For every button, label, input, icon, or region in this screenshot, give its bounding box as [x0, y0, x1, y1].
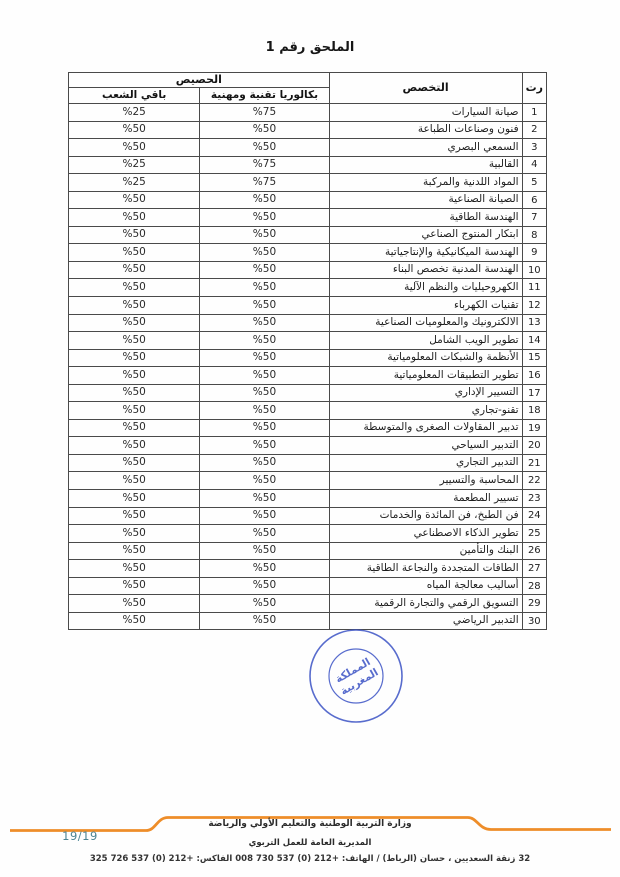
row-specialty: التدبير الرياضي	[329, 612, 522, 630]
table-row: 14 تطوير الويب الشامل %50 %50	[69, 332, 547, 350]
row-specialty: الهندسة الميكانيكية والإنتاجياتية	[329, 244, 522, 262]
table-row: 27 الطاقات المتجددة والنجاعة الطاقية %50…	[69, 560, 547, 578]
row-bac-tech-quota: %50	[200, 577, 329, 595]
row-specialty: المواد اللدنية والمركبة	[329, 174, 522, 192]
row-rank: 12	[522, 297, 546, 315]
row-rank: 15	[522, 349, 546, 367]
table-row: 10 الهندسة المدنية تخصص البناء %50 %50	[69, 261, 547, 279]
row-rank: 24	[522, 507, 546, 525]
row-specialty: التدبير السياحي	[329, 437, 522, 455]
row-other-branches-quota: %50	[69, 314, 200, 332]
row-other-branches-quota: %50	[69, 560, 200, 578]
row-specialty: السمعي البصري	[329, 139, 522, 157]
row-bac-tech-quota: %50	[200, 560, 329, 578]
row-bac-tech-quota: %50	[200, 402, 329, 420]
row-other-branches-quota: %50	[69, 384, 200, 402]
row-bac-tech-quota: %50	[200, 595, 329, 613]
table-row: 19 تدبير المقاولات الصغرى والمتوسطة %50 …	[69, 419, 547, 437]
row-other-branches-quota: %50	[69, 419, 200, 437]
row-specialty: الصيانة الصناعية	[329, 191, 522, 209]
row-rank: 4	[522, 156, 546, 174]
row-rank: 5	[522, 174, 546, 192]
row-specialty: ابتكار المنتوج الصناعي	[329, 226, 522, 244]
row-specialty: الهندسة الطاقية	[329, 209, 522, 227]
svg-text:المملكة: المملكة	[333, 656, 372, 686]
row-bac-tech-quota: %50	[200, 419, 329, 437]
row-bac-tech-quota: %50	[200, 542, 329, 560]
row-other-branches-quota: %50	[69, 490, 200, 508]
row-specialty: تطوير الويب الشامل	[329, 332, 522, 350]
row-other-branches-quota: %50	[69, 139, 200, 157]
row-rank: 11	[522, 279, 546, 297]
table-row: 8 ابتكار المنتوج الصناعي %50 %50	[69, 226, 547, 244]
table-row: 9 الهندسة الميكانيكية والإنتاجياتية %50 …	[69, 244, 547, 262]
row-other-branches-quota: %50	[69, 612, 200, 630]
table-row: 25 تطوير الذكاء الاصطناعي %50 %50	[69, 525, 547, 543]
row-other-branches-quota: %25	[69, 156, 200, 174]
row-other-branches-quota: %50	[69, 191, 200, 209]
row-rank: 1	[522, 104, 546, 122]
table-row: 4 القالبية %75 %25	[69, 156, 547, 174]
row-other-branches-quota: %50	[69, 332, 200, 350]
row-other-branches-quota: %50	[69, 542, 200, 560]
table-header: رت التخصص الحصيص بكالوريا تقنية ومهنية ب…	[69, 73, 547, 104]
row-bac-tech-quota: %50	[200, 367, 329, 385]
row-other-branches-quota: %50	[69, 244, 200, 262]
row-rank: 3	[522, 139, 546, 157]
row-rank: 16	[522, 367, 546, 385]
row-rank: 23	[522, 490, 546, 508]
row-bac-tech-quota: %75	[200, 174, 329, 192]
row-specialty: فن الطبخ، فن المائدة والخدمات	[329, 507, 522, 525]
table-body: 1 صيانة السيارات %75 %25 2 فنون وصناعات …	[69, 104, 547, 630]
table-row: 30 التدبير الرياضي %50 %50	[69, 612, 547, 630]
table-row: 23 تسيير المطعمة %50 %50	[69, 490, 547, 508]
row-other-branches-quota: %50	[69, 209, 200, 227]
row-other-branches-quota: %50	[69, 261, 200, 279]
row-rank: 18	[522, 402, 546, 420]
row-rank: 26	[522, 542, 546, 560]
row-specialty: الأنظمة والشبكات المعلومياتية	[329, 349, 522, 367]
row-other-branches-quota: %50	[69, 349, 200, 367]
row-bac-tech-quota: %75	[200, 104, 329, 122]
row-specialty: تسيير المطعمة	[329, 490, 522, 508]
row-specialty: الهندسة المدنية تخصص البناء	[329, 261, 522, 279]
row-bac-tech-quota: %50	[200, 437, 329, 455]
row-specialty: فنون وصناعات الطباعة	[329, 121, 522, 139]
table-row: 16 تطوير التطبيقات المعلومياتية %50 %50	[69, 367, 547, 385]
document-page: الملحق رقم 1 رت التخصص الحصيص بكالوريا ت…	[0, 0, 620, 877]
row-bac-tech-quota: %50	[200, 314, 329, 332]
table-row: 17 التسيير الإداري %50 %50	[69, 384, 547, 402]
table-row: 6 الصيانة الصناعية %50 %50	[69, 191, 547, 209]
table-row: 1 صيانة السيارات %75 %25	[69, 104, 547, 122]
row-specialty: القالبية	[329, 156, 522, 174]
row-other-branches-quota: %50	[69, 297, 200, 315]
row-bac-tech-quota: %50	[200, 297, 329, 315]
row-rank: 9	[522, 244, 546, 262]
row-bac-tech-quota: %50	[200, 349, 329, 367]
row-other-branches-quota: %50	[69, 121, 200, 139]
row-other-branches-quota: %50	[69, 402, 200, 420]
row-bac-tech-quota: %50	[200, 490, 329, 508]
page-title: الملحق رقم 1	[0, 40, 620, 55]
row-specialty: تطوير الذكاء الاصطناعي	[329, 525, 522, 543]
row-rank: 25	[522, 525, 546, 543]
row-bac-tech-quota: %50	[200, 612, 329, 630]
col-header-quota: الحصيص	[69, 73, 330, 88]
row-other-branches-quota: %50	[69, 226, 200, 244]
annex-table: رت التخصص الحصيص بكالوريا تقنية ومهنية ب…	[68, 72, 547, 630]
row-rank: 19	[522, 419, 546, 437]
footer-ministry-name: وزارة التربية الوطنية والتعليم الأولي وا…	[0, 819, 620, 829]
table-row: 22 المحاسبة والتسيير %50 %50	[69, 472, 547, 490]
row-rank: 10	[522, 261, 546, 279]
stamp-outer-circle	[310, 630, 402, 722]
row-other-branches-quota: %50	[69, 454, 200, 472]
row-bac-tech-quota: %50	[200, 507, 329, 525]
row-bac-tech-quota: %50	[200, 384, 329, 402]
row-rank: 14	[522, 332, 546, 350]
row-bac-tech-quota: %50	[200, 191, 329, 209]
row-bac-tech-quota: %50	[200, 139, 329, 157]
col-header-other-branches: باقي الشعب	[69, 88, 200, 104]
footer-directorate-name: المديرية العامة للعمل التربوي	[0, 838, 620, 848]
row-other-branches-quota: %50	[69, 595, 200, 613]
table-row: 12 تقنيات الكهرباء %50 %50	[69, 297, 547, 315]
row-bac-tech-quota: %50	[200, 209, 329, 227]
row-bac-tech-quota: %50	[200, 261, 329, 279]
table-row: 24 فن الطبخ، فن المائدة والخدمات %50 %50	[69, 507, 547, 525]
row-other-branches-quota: %50	[69, 525, 200, 543]
table-row: 7 الهندسة الطاقية %50 %50	[69, 209, 547, 227]
row-other-branches-quota: %50	[69, 279, 200, 297]
row-rank: 17	[522, 384, 546, 402]
table-row: 2 فنون وصناعات الطباعة %50 %50	[69, 121, 547, 139]
row-bac-tech-quota: %50	[200, 279, 329, 297]
stamp-center-text: المملكة المغربية	[332, 655, 381, 697]
row-rank: 21	[522, 454, 546, 472]
table-row: 11 الكهروحيليات والنظم الآلية %50 %50	[69, 279, 547, 297]
row-other-branches-quota: %50	[69, 577, 200, 595]
row-rank: 2	[522, 121, 546, 139]
col-header-rank: رت	[522, 73, 546, 104]
row-rank: 22	[522, 472, 546, 490]
footer-address-line: 32 زنقة السعديين ، حسان (الرباط) / الهات…	[0, 854, 620, 864]
row-bac-tech-quota: %50	[200, 454, 329, 472]
row-specialty: صيانة السيارات	[329, 104, 522, 122]
row-specialty: البنك والتأمين	[329, 542, 522, 560]
row-other-branches-quota: %50	[69, 507, 200, 525]
row-specialty: التدبير التجاري	[329, 454, 522, 472]
row-specialty: الكهروحيليات والنظم الآلية	[329, 279, 522, 297]
official-stamp: وزارة التربية الوطنية والتعليم الأولي وا…	[306, 626, 406, 726]
row-rank: 28	[522, 577, 546, 595]
table-row: 26 البنك والتأمين %50 %50	[69, 542, 547, 560]
row-rank: 8	[522, 226, 546, 244]
table-row: 3 السمعي البصري %50 %50	[69, 139, 547, 157]
row-other-branches-quota: %25	[69, 174, 200, 192]
col-header-bac-tech: بكالوريا تقنية ومهنية	[200, 88, 329, 104]
row-specialty: الطاقات المتجددة والنجاعة الطاقية	[329, 560, 522, 578]
table-row: 5 المواد اللدنية والمركبة %75 %25	[69, 174, 547, 192]
svg-text:المغربية: المغربية	[338, 666, 380, 697]
row-bac-tech-quota: %50	[200, 121, 329, 139]
table-row: 29 التسويق الرقمي والتجارة الرقمية %50 %…	[69, 595, 547, 613]
row-bac-tech-quota: %50	[200, 525, 329, 543]
row-other-branches-quota: %50	[69, 367, 200, 385]
table-row: 13 الالكترونيك والمعلوميات الصناعية %50 …	[69, 314, 547, 332]
row-bac-tech-quota: %50	[200, 332, 329, 350]
row-rank: 6	[522, 191, 546, 209]
row-other-branches-quota: %50	[69, 437, 200, 455]
row-rank: 30	[522, 612, 546, 630]
table-row: 15 الأنظمة والشبكات المعلومياتية %50 %50	[69, 349, 547, 367]
row-bac-tech-quota: %50	[200, 226, 329, 244]
table-row: 20 التدبير السياحي %50 %50	[69, 437, 547, 455]
table-row: 28 أساليب معالجة المياه %50 %50	[69, 577, 547, 595]
row-rank: 27	[522, 560, 546, 578]
row-specialty: أساليب معالجة المياه	[329, 577, 522, 595]
row-specialty: تقنيات الكهرباء	[329, 297, 522, 315]
row-rank: 29	[522, 595, 546, 613]
row-rank: 13	[522, 314, 546, 332]
row-rank: 7	[522, 209, 546, 227]
row-bac-tech-quota: %75	[200, 156, 329, 174]
row-rank: 20	[522, 437, 546, 455]
table-row: 18 تقنو-تجاري %50 %50	[69, 402, 547, 420]
table-row: 21 التدبير التجاري %50 %50	[69, 454, 547, 472]
row-specialty: تقنو-تجاري	[329, 402, 522, 420]
stamp-inner-circle	[329, 649, 383, 703]
stamp-graphic: وزارة التربية الوطنية والتعليم الأولي وا…	[306, 626, 406, 726]
row-specialty: التسيير الإداري	[329, 384, 522, 402]
row-bac-tech-quota: %50	[200, 472, 329, 490]
row-bac-tech-quota: %50	[200, 244, 329, 262]
row-specialty: تطوير التطبيقات المعلومياتية	[329, 367, 522, 385]
row-specialty: الالكترونيك والمعلوميات الصناعية	[329, 314, 522, 332]
row-specialty: تدبير المقاولات الصغرى والمتوسطة	[329, 419, 522, 437]
row-other-branches-quota: %50	[69, 472, 200, 490]
row-specialty: المحاسبة والتسيير	[329, 472, 522, 490]
row-other-branches-quota: %25	[69, 104, 200, 122]
col-header-specialty: التخصص	[329, 73, 522, 104]
row-specialty: التسويق الرقمي والتجارة الرقمية	[329, 595, 522, 613]
